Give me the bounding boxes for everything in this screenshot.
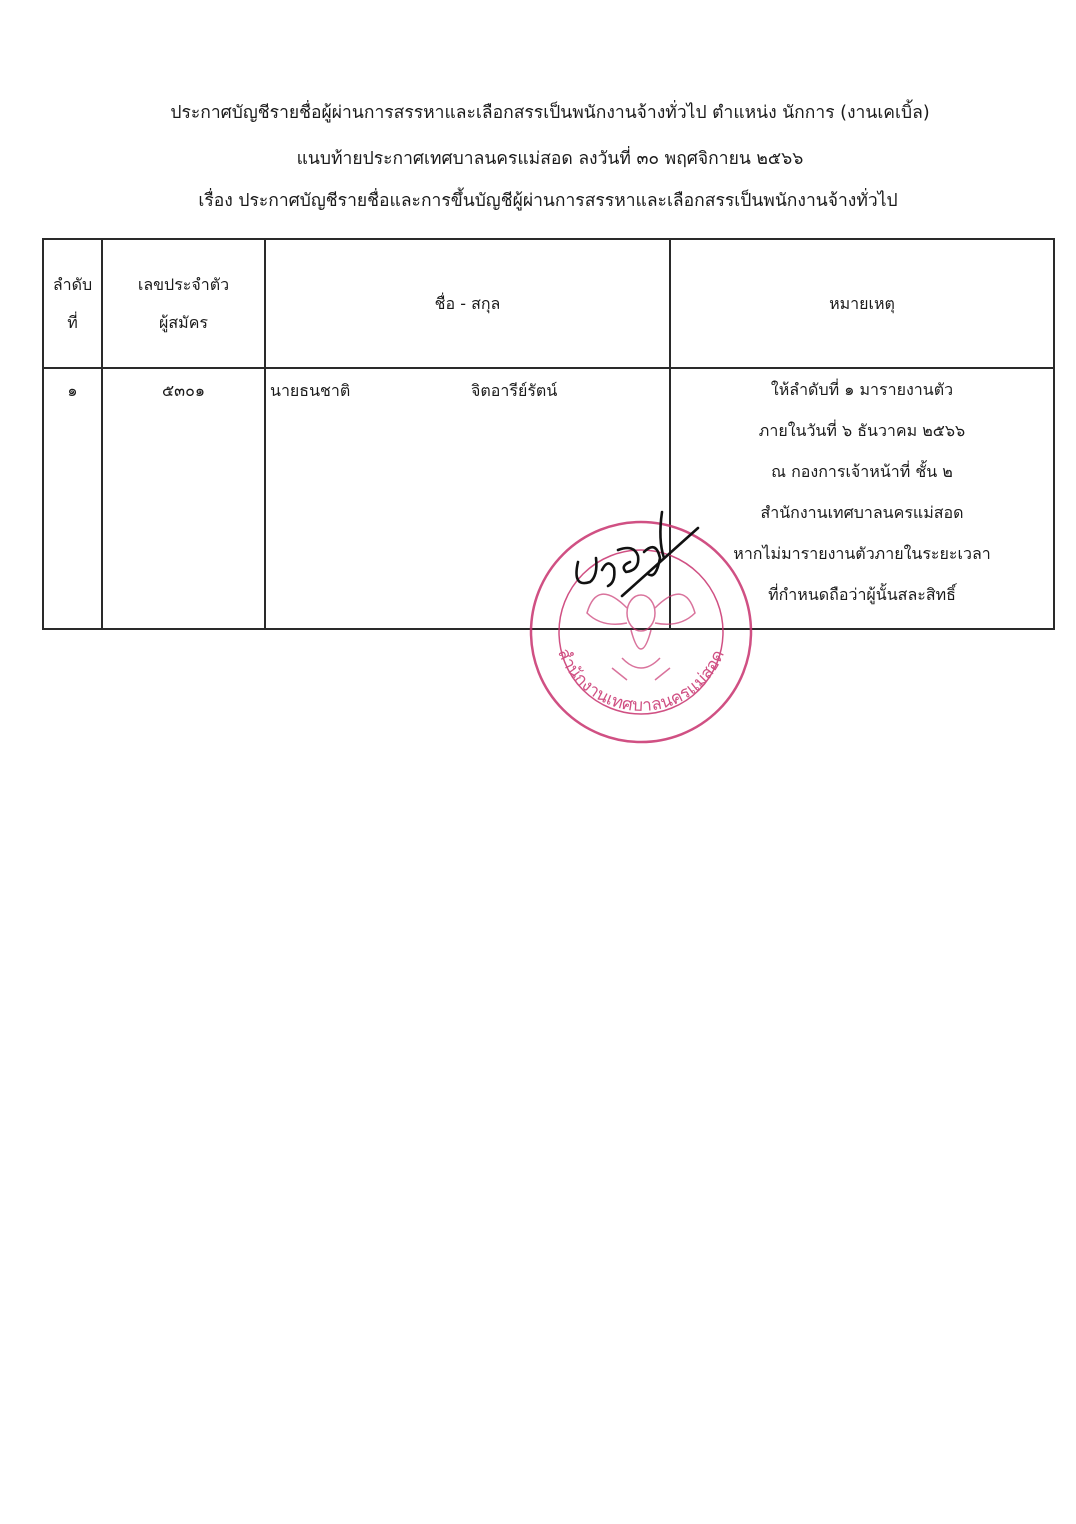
remark-line: ที่กำหนดถือว่าผู้นั้นสละสิทธิ์	[671, 574, 1053, 615]
order-cell: ๑	[43, 368, 102, 629]
first-name: นายธนชาติ	[270, 379, 350, 404]
table-header-row: ลำดับ ที่ เลขประจำตัว ผู้สมัคร ชื่อ - สก…	[43, 239, 1054, 368]
announcement-attachment-line: แนบท้ายประกาศเทศบาลนครแม่สอด ลงวันที่ ๓๐…	[12, 144, 1076, 172]
column-header-applicant-id: เลขประจำตัว ผู้สมัคร	[102, 239, 265, 368]
header-text: ที่	[44, 304, 101, 342]
header-text: ผู้สมัคร	[103, 304, 264, 342]
header-text: เลขประจำตัว	[103, 266, 264, 304]
remark-line: ภายในวันที่ ๖ ธันวาคม ๒๕๖๖	[671, 410, 1053, 451]
column-header-order: ลำดับ ที่	[43, 239, 102, 368]
remark-line: ณ กองการเจ้าหน้าที่ ชั้น ๒	[671, 451, 1053, 492]
announcement-title: ประกาศบัญชีรายชื่อผู้ผ่านการสรรหาและเลือ…	[12, 98, 1076, 126]
remark-line: ให้ลำดับที่ ๑ มารายงานตัว	[671, 369, 1053, 410]
announcement-subject: เรื่อง ประกาศบัญชีรายชื่อและการขึ้นบัญชี…	[10, 186, 1076, 214]
remarks-cell: ให้ลำดับที่ ๑ มารายงานตัว ภายในวันที่ ๖ …	[670, 368, 1054, 629]
stamp-text: สำนักงานเทศบาลนครแม่สอด	[553, 646, 729, 716]
header-text: หมายเหตุ	[671, 285, 1053, 323]
table-row: ๑ ๕๓๐๑ นายธนชาติ จิตอารีย์รัตน์ ให้ลำดับ…	[43, 368, 1054, 629]
header-text: ลำดับ	[44, 266, 101, 304]
full-name-cell: นายธนชาติ จิตอารีย์รัตน์	[265, 368, 670, 629]
applicant-id-cell: ๕๓๐๑	[102, 368, 265, 629]
remark-line: สำนักงานเทศบาลนครแม่สอด	[671, 492, 1053, 533]
column-header-full-name: ชื่อ - สกุล	[265, 239, 670, 368]
applicant-roster-table: ลำดับ ที่ เลขประจำตัว ผู้สมัคร ชื่อ - สก…	[42, 238, 1055, 630]
remark-line: หากไม่มารายงานตัวภายในระยะเวลา	[671, 533, 1053, 574]
header-text: ชื่อ - สกุล	[266, 285, 669, 323]
column-header-remarks: หมายเหตุ	[670, 239, 1054, 368]
last-name: จิตอารีย์รัตน์	[471, 379, 557, 404]
